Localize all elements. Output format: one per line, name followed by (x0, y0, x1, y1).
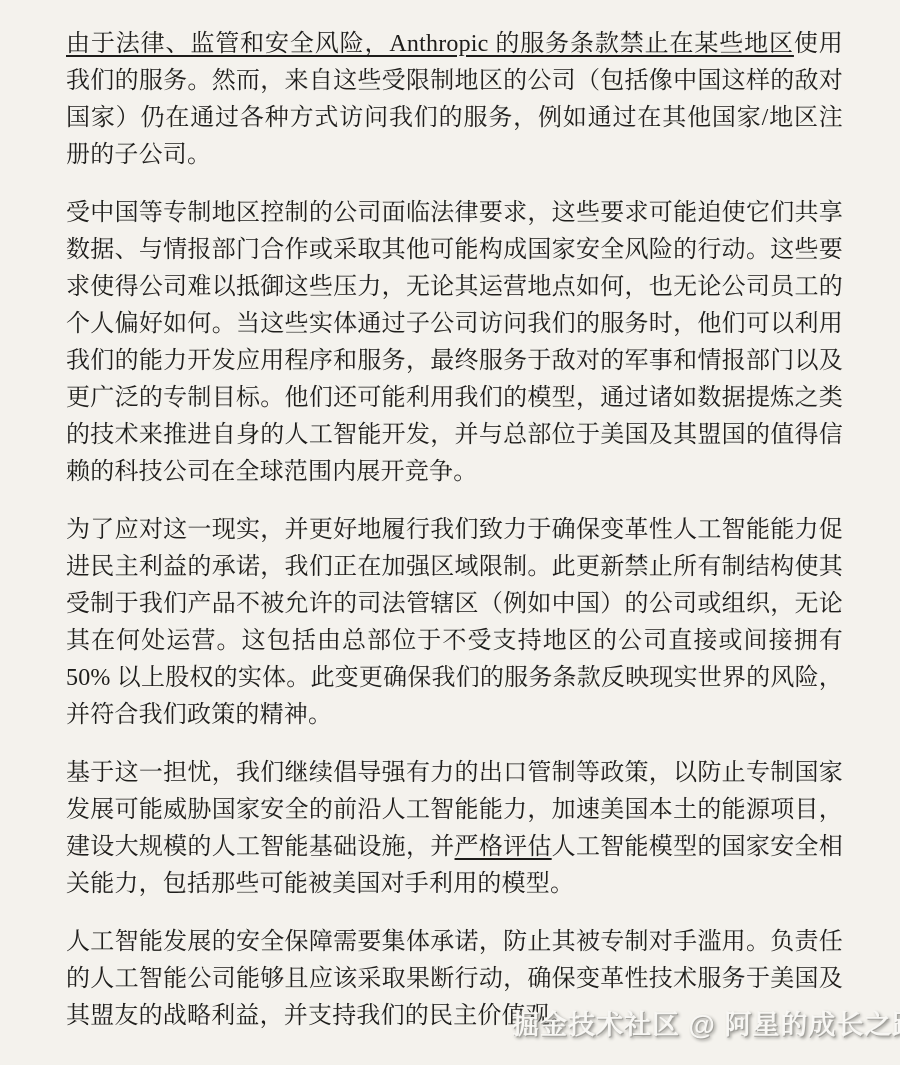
paragraph-intro: 由于法律、监管和安全风险，Anthropic 的服务条款禁止在某些地区使用我们的… (66, 26, 843, 174)
paragraph-policy-update: 为了应对这一现实，并更好地履行我们致力于确保变革性人工智能能力促进民主利益的承诺… (66, 512, 843, 734)
terms-restricted-regions-link[interactable]: 由于法律、监管和安全风险，Anthropic 的服务条款禁止在某些地区 (66, 31, 794, 57)
paragraph-legal-requirements: 受中国等专制地区控制的公司面临法律要求，这些要求可能迫使它们共享数据、与情报部门… (66, 195, 843, 491)
rigorous-evaluation-link[interactable]: 严格评估 (455, 834, 552, 860)
paragraph-policy-update-text: 为了应对这一现实，并更好地履行我们致力于确保变革性人工智能能力促进民主利益的承诺… (66, 517, 843, 728)
paragraph-legal-requirements-text: 受中国等专制地区控制的公司面临法律要求，这些要求可能迫使它们共享数据、与情报部门… (66, 200, 843, 485)
paragraph-conclusion-text: 人工智能发展的安全保障需要集体承诺，防止其被专制对手滥用。负责任的人工智能公司能… (66, 929, 843, 1029)
paragraph-conclusion: 人工智能发展的安全保障需要集体承诺，防止其被专制对手滥用。负责任的人工智能公司能… (66, 924, 843, 1035)
article-body: 由于法律、监管和安全风险，Anthropic 的服务条款禁止在某些地区使用我们的… (66, 26, 843, 1035)
paragraph-export-controls: 基于这一担忧，我们继续倡导强有力的出口管制等政策，以防止专制国家发展可能威胁国家… (66, 755, 843, 903)
article-page: 由于法律、监管和安全风险，Anthropic 的服务条款禁止在某些地区使用我们的… (0, 0, 900, 1065)
